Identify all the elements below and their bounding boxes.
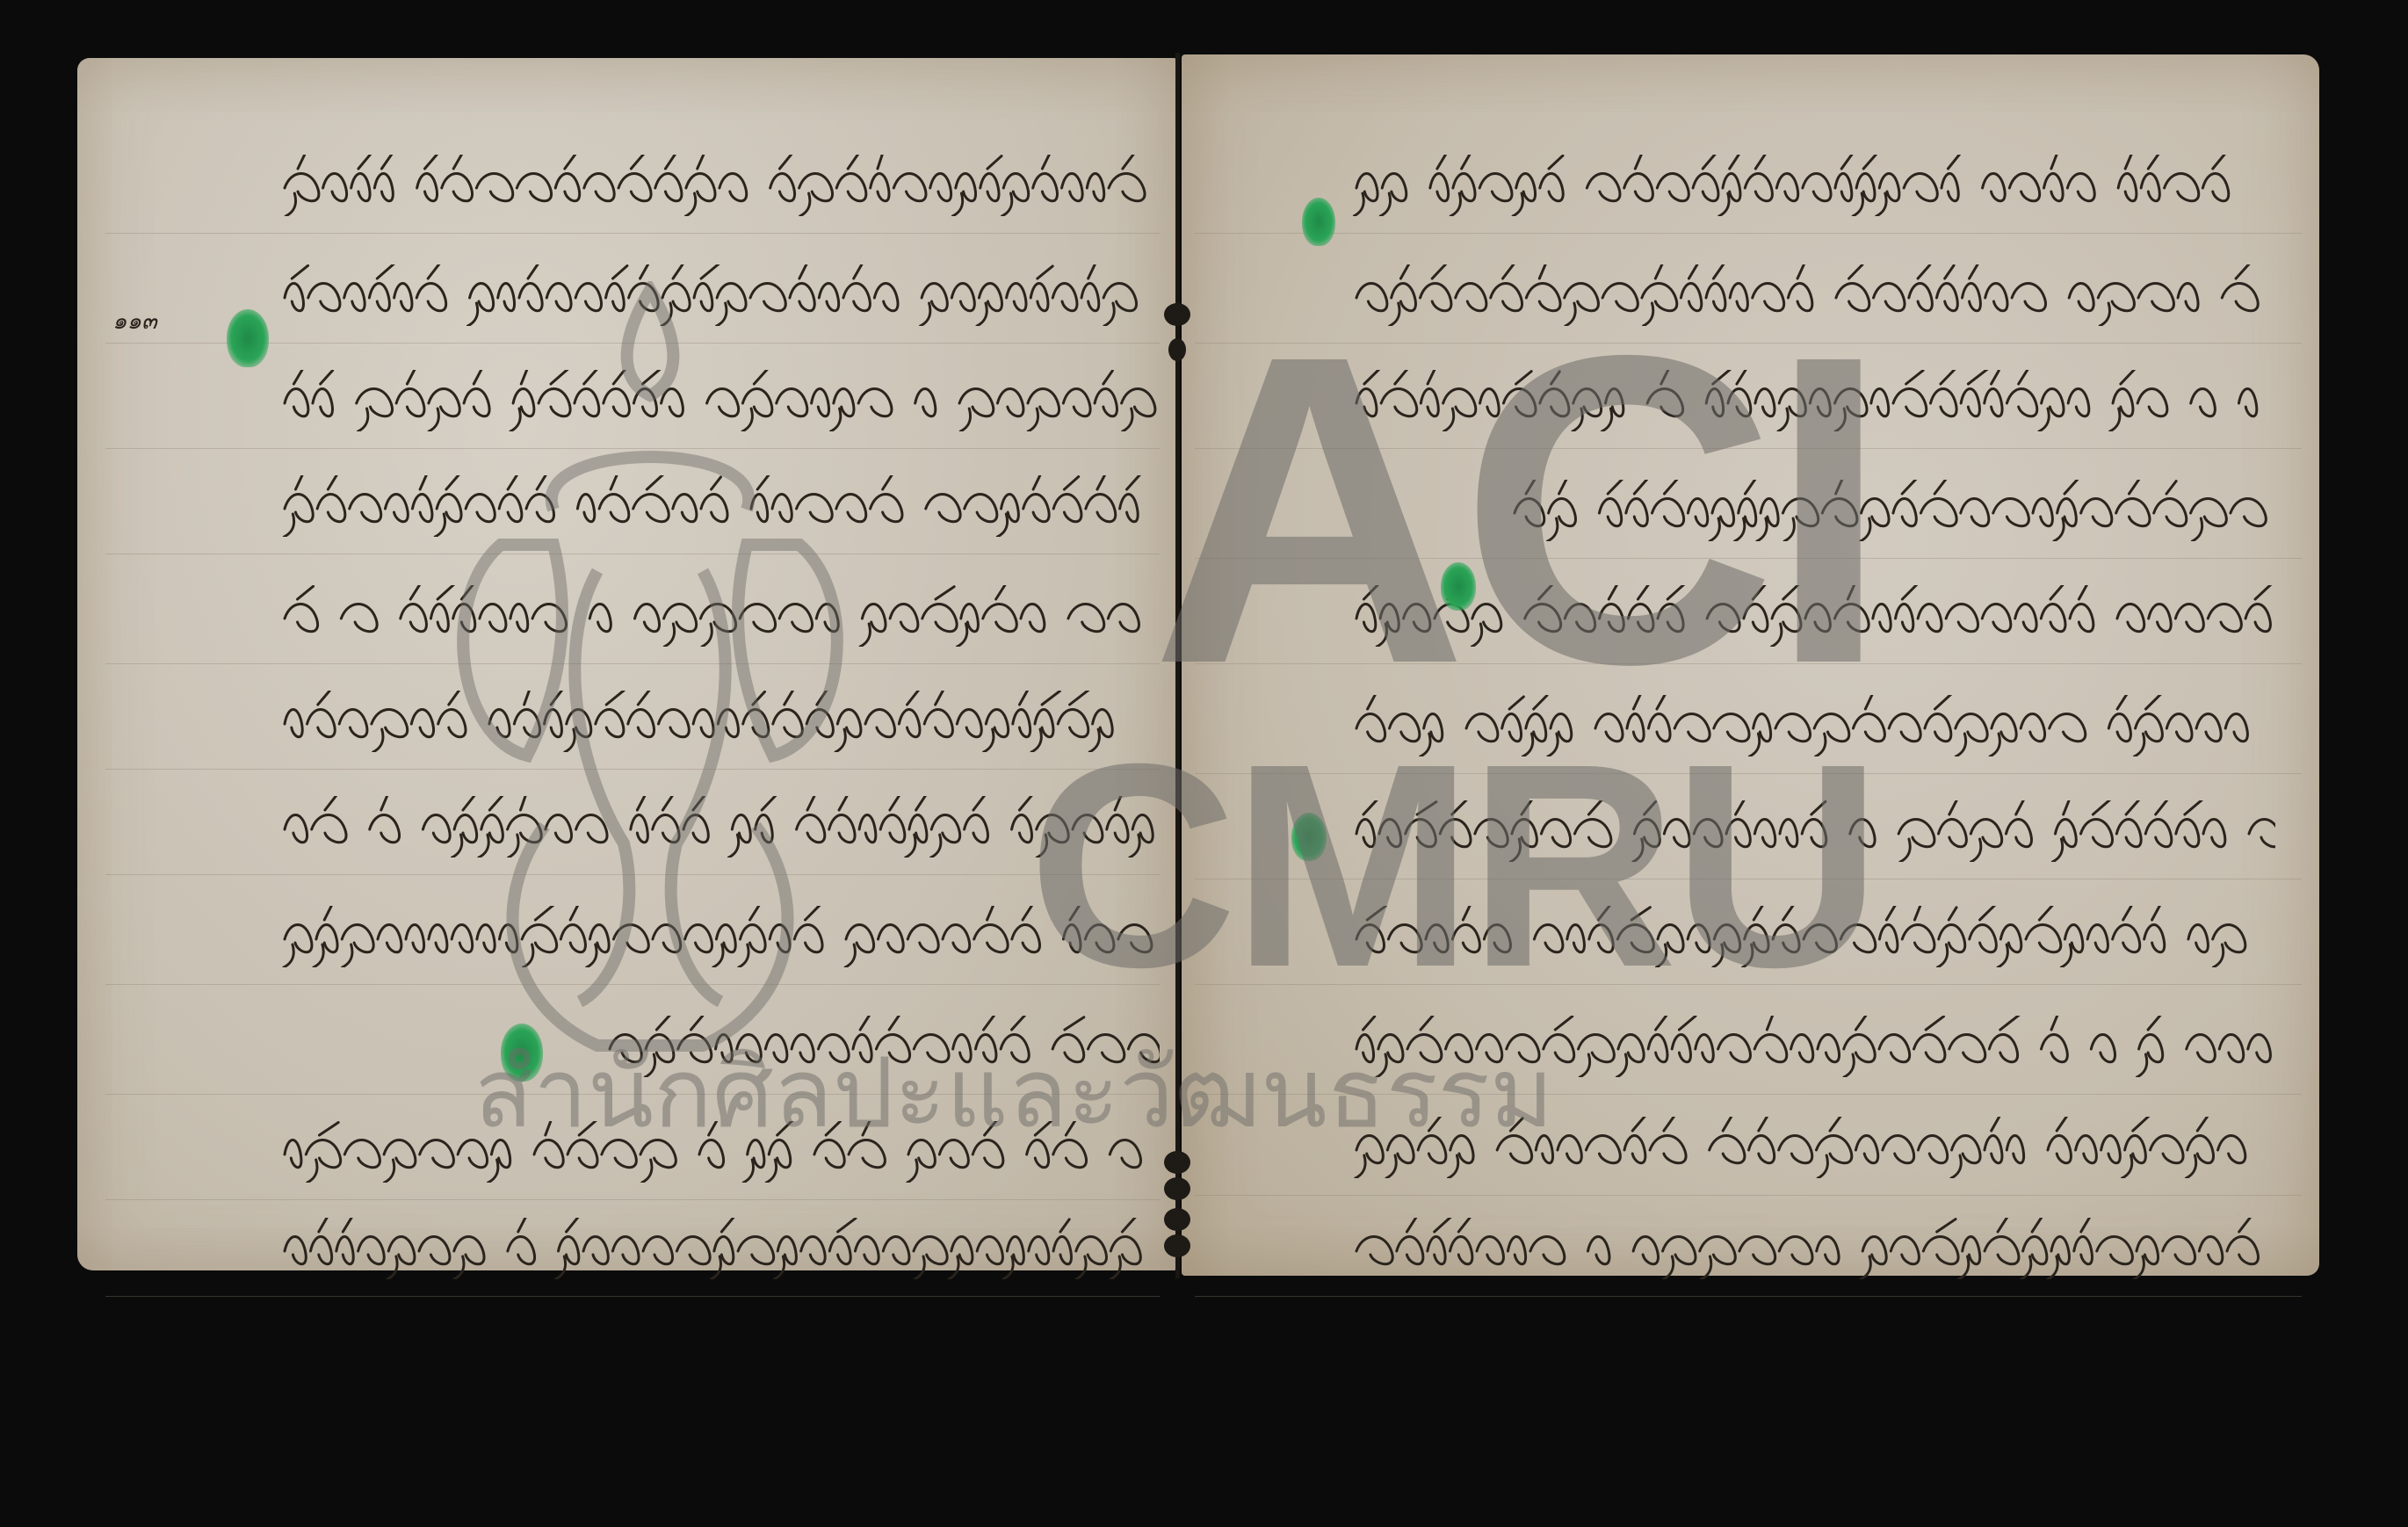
elephant-head-logo-icon	[422, 281, 879, 1072]
margin-page-number: ๑๑๓	[112, 303, 157, 339]
ruled-line	[1195, 1296, 2302, 1297]
watermark-aci: ACI	[1151, 290, 1881, 729]
binding-hole	[1164, 1151, 1190, 1174]
handwritten-line	[1353, 155, 2275, 216]
green-ink-mark	[1302, 198, 1335, 246]
ruled-line	[105, 1296, 1160, 1297]
binding-hole	[1164, 1177, 1190, 1200]
green-ink-mark	[227, 309, 269, 367]
watermark-cmru: CMRU	[1028, 720, 1877, 1010]
ruled-line	[1195, 233, 2302, 234]
binding-hole	[1164, 1234, 1190, 1257]
ruled-line	[105, 1199, 1160, 1200]
ruled-line	[105, 233, 1160, 234]
handwritten-line	[281, 1218, 1160, 1279]
binding-hole	[1164, 1208, 1190, 1231]
ruled-line	[1195, 1195, 2302, 1196]
watermark-thai-text: สำนักศิลปะและวัฒนธรรม	[474, 1046, 1553, 1142]
handwritten-line	[281, 155, 1160, 216]
handwritten-line	[1353, 1218, 2275, 1279]
